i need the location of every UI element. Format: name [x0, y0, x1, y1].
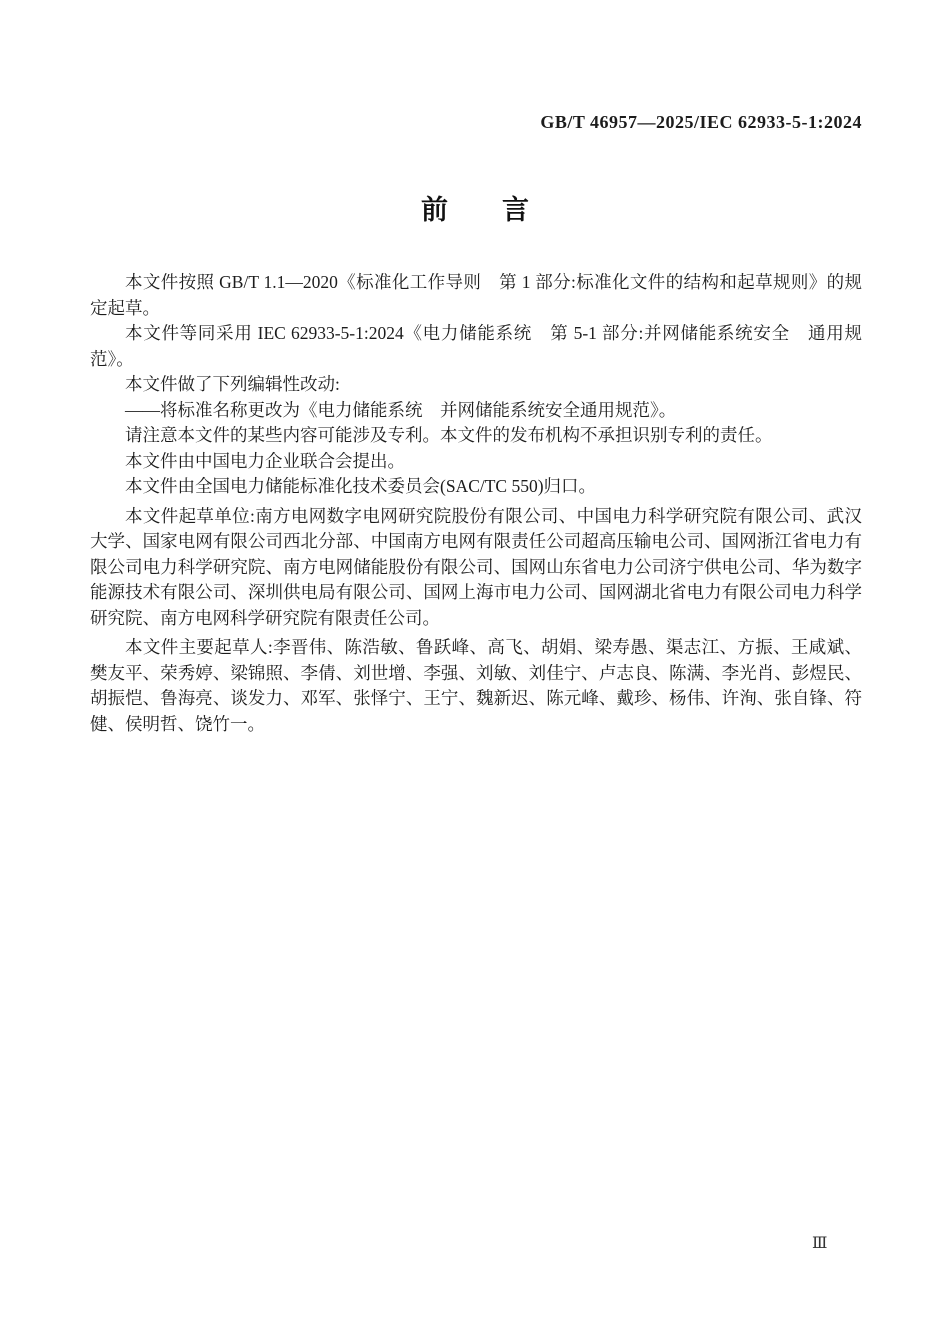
- drafting-units-paragraph: 本文件起草单位:南方电网数字电网研究院股份有限公司、中国电力科学研究院有限公司、…: [90, 504, 862, 632]
- iec-adoption-paragraph: 本文件等同采用 IEC 62933-5-1:2024《电力储能系统 第 5-1 …: [90, 321, 862, 372]
- patent-notice-paragraph: 请注意本文件的某些内容可能涉及专利。本文件的发布机构不承担识别专利的责任。: [90, 423, 862, 449]
- document-page: GB/T 46957—2025/IEC 62933-5-1:2024 前 言 本…: [0, 0, 950, 1344]
- editorial-changes-intro-paragraph: 本文件做了下列编辑性改动:: [90, 372, 862, 398]
- foreword-title: 前 言: [0, 188, 950, 227]
- technical-committee-paragraph: 本文件由全国电力储能标准化技术委员会(SAC/TC 550)归口。: [90, 474, 862, 500]
- foreword-body: 本文件按照 GB/T 1.1—2020《标准化工作导则 第 1 部分:标准化文件…: [90, 270, 862, 737]
- proposing-body-paragraph: 本文件由中国电力企业联合会提出。: [90, 449, 862, 475]
- drafting-basis-paragraph: 本文件按照 GB/T 1.1—2020《标准化工作导则 第 1 部分:标准化文件…: [90, 270, 862, 321]
- editorial-change-item: ——将标准名称更改为《电力储能系统 并网储能系统安全通用规范》。: [90, 398, 862, 424]
- page-number: Ⅲ: [812, 1233, 827, 1253]
- main-drafters-paragraph: 本文件主要起草人:李晋伟、陈浩敏、鲁跃峰、高飞、胡娟、梁寿愚、渠志江、方振、王咸…: [90, 635, 862, 737]
- standard-number-header: GB/T 46957—2025/IEC 62933-5-1:2024: [540, 112, 862, 133]
